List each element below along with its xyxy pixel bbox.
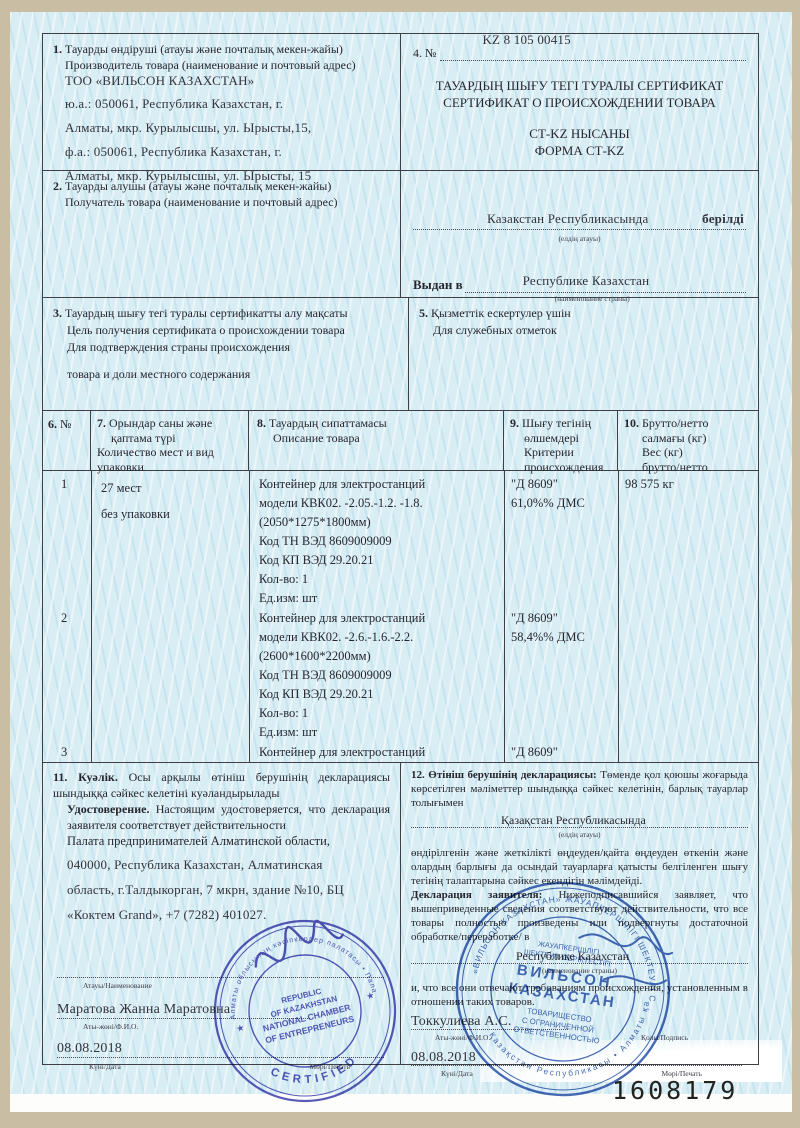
origin-line: "Д 8609" [511,609,585,628]
description-line: Код КП ВЭД 29.20.21 [259,551,425,570]
row-number: 3 [61,743,67,762]
section-2-consignee: 2. Тауарды алушы (атауы және почталық ме… [43,171,401,298]
col-header-number: 10. [624,416,639,430]
section-11-number: 11. [53,770,67,784]
row-description: Контейнер для электростанций [259,743,425,762]
serial-number: 1608179 [612,1076,738,1105]
col-header-text: қаптама түрі [97,431,244,446]
col-header-text: Орындар саны және [109,416,212,430]
row-origin-criteria: "Д 8609" 61,0%% ДМС [511,475,585,513]
row-description: Контейнер для электростанций модели КВК0… [259,609,425,742]
certificate-title-kk: ТАУАРДЫҢ ШЫҒУ ТЕГІ ТУРАЛЫ СЕРТИФИКАТ [413,77,746,94]
description-line: Кол-во: 1 [259,570,425,589]
declared-country-kk: Қазақстан Республикасында [501,813,646,827]
producer-address-line: ю.а.: 050061, Республика Казахстан, г. [65,92,392,116]
description-line: Ед.изм: шт [259,723,425,742]
certificate-scan: 1. Тауарды өндіруші (атауы және почталық… [0,0,800,1128]
col-header-9: 9. Шығу тегінің өлшемдері Критерии проис… [504,411,618,471]
col-header-text: Брутто/нетто [642,416,708,430]
col-header-text: Вес (кг) [624,445,754,460]
chamber-name: Палата предпринимателей Алматинской обла… [53,833,390,849]
certificate-title-ru: СЕРТИФИКАТ О ПРОИСХОЖДЕНИИ ТОВАРА [413,94,746,111]
col-header-number: 7. [97,416,106,430]
row-number: 2 [61,609,67,628]
description-line: Контейнер для электростанций [259,475,425,494]
stamp-star-left: ★ [235,1022,245,1034]
col-header-text: Критерии [510,445,613,460]
issued-country-kk: Казакстан Республикасында [487,211,648,227]
section-3-line: Тауардың шығу тегі туралы сертификатты а… [65,306,348,320]
form-name-ru: ФОРМА СТ-KZ [413,142,746,159]
chamber-address-line: область, г.Талдыкорган, 7 мкрн, здание №… [67,877,390,902]
description-line: (2600*1600*2200мм) [259,647,425,666]
section-5-service-notes: 5. Қызметтік ескертулер үшін Для служебн… [409,298,758,411]
description-line: модели КВК02. -2.05.-1.2. -1.8. [259,494,425,513]
col-header-number: 8. [257,416,266,430]
col-header-7: 7. Орындар саны және қаптама түрі Количе… [91,411,249,471]
row-origin-criteria: "Д 8609" [511,743,558,762]
section-2-title-ru: Получатель товара (наименование и почтов… [53,194,392,210]
description-line: Кол-во: 1 [259,704,425,723]
row-weight: 98 575 кг [625,475,674,494]
producer-address-line: ф.а.: 050061, Республика Казахстан, г. [65,140,392,164]
col-header-text: Описание товара [257,431,499,446]
packaging-line: без упаковки [101,501,170,527]
section-1-title-ru: Производитель товара (наименование и поч… [53,57,392,73]
col-header-text: Количество мест и вид [97,445,244,460]
section-12-number: 12. [411,769,425,781]
section-11-lead-kk: Куәлік. [78,770,118,784]
row-packaging: 27 мест без упаковки [101,475,170,527]
section-1-producer: 1. Тауарды өндіруші (атауы және почталық… [43,34,401,171]
section-11-lead-ru: Удостоверение. [67,802,149,816]
packaging-line: 27 мест [101,475,170,501]
issued-suffix-kk: берілді [702,211,744,227]
origin-line: 61,0%% ДМС [511,494,585,513]
issued-country-kk-hint: (елдің атауы) [413,231,746,247]
goods-table-body: 1 27 мест без упаковки Контейнер для эле… [43,471,758,763]
section-3-purpose: 3. Тауардың шығу тегі туралы сертификатт… [43,298,409,411]
col-header-text: өлшемдері [510,431,613,446]
form-name-kk: СТ-KZ НЫСАНЫ [413,125,746,142]
col-header-8: 8. Тауардың сипаттамасы Описание товара [249,411,504,471]
issued-in-block: Казакстан Республикасында берілді (елдің… [401,171,758,298]
description-line: Код ТН ВЭД 8609009009 [259,532,425,551]
section-1-title-kk: Тауарды өндіруші (атауы және почталық ме… [65,42,343,56]
section-1-number: 1. [53,42,62,56]
col-header-text: № [60,417,71,431]
section-5-title-ru: Для служебных отметок [419,322,750,339]
col-header-text: Шығу тегінің [522,416,591,430]
col-header-number: 9. [510,416,519,430]
date-hint: Күні/Дата [89,1059,121,1075]
section-5-number: 5. [419,306,428,320]
producer-name: ТОО «ВИЛЬСОН КАЗАХСТАН» [53,73,392,89]
certificate-number: KZ 8 105 00415 [482,32,570,48]
section-3-line: товара и доли местного содержания [53,366,400,383]
section-5-title-kk: Қызметтік ескертулер үшін [431,306,571,320]
section-3-number: 3. [53,306,62,320]
col-header-text: салмағы (кг) [624,431,754,446]
section-2-number: 2. [53,179,62,193]
chamber-address-line: 040000, Республика Казахстан, Алматинска… [67,852,390,877]
section-3-line: Для подтверждения страны происхождения [53,339,400,356]
section-4-certificate-header: 4. № KZ 8 105 00415 ТАУАРДЫҢ ШЫҒУ ТЕГІ Т… [401,34,758,171]
section-12-lead-kk: Өтініш берушінің декларациясы: [428,769,596,781]
row-origin-criteria: "Д 8609" 58,4%% ДМС [511,609,585,647]
issued-country-ru: Республике Казахстан [523,273,650,289]
row-number: 1 [61,475,67,494]
col-header-text: Тауардың сипаттамасы [269,416,387,430]
description-line: (2050*1275*1800мм) [259,513,425,532]
section-4-label: 4. № [413,45,436,61]
origin-line: 58,4%% ДМС [511,628,585,647]
origin-line: "Д 8609" [511,475,585,494]
col-header-10: 10. Брутто/нетто салмағы (кг) Вес (кг) б… [618,411,758,471]
section-2-title-kk: Тауарды алушы (атауы және почталық мекен… [65,179,331,193]
description-line: Код ТН ВЭД 8609009009 [259,666,425,685]
issued-label-ru: Выдан в [413,277,463,293]
col-header-number: 6. [48,417,57,431]
col-header-6: 6. № [43,411,91,471]
description-line: Код КП ВЭД 29.20.21 [259,685,425,704]
description-line: модели КВК02. -2.6.-1.6.-2.2. [259,628,425,647]
description-line: Контейнер для электростанций [259,609,425,628]
section-3-line: Цель получения сертификата о происхожден… [53,322,400,339]
row-description: Контейнер для электростанций модели КВК0… [259,475,425,608]
description-line: Ед.изм: шт [259,589,425,608]
declared-country-kk-hint: (елдің атауы) [411,828,748,842]
producer-address-line: Алматы, мкр. Курылысшы, ул. Ырысты,15, [65,116,392,140]
